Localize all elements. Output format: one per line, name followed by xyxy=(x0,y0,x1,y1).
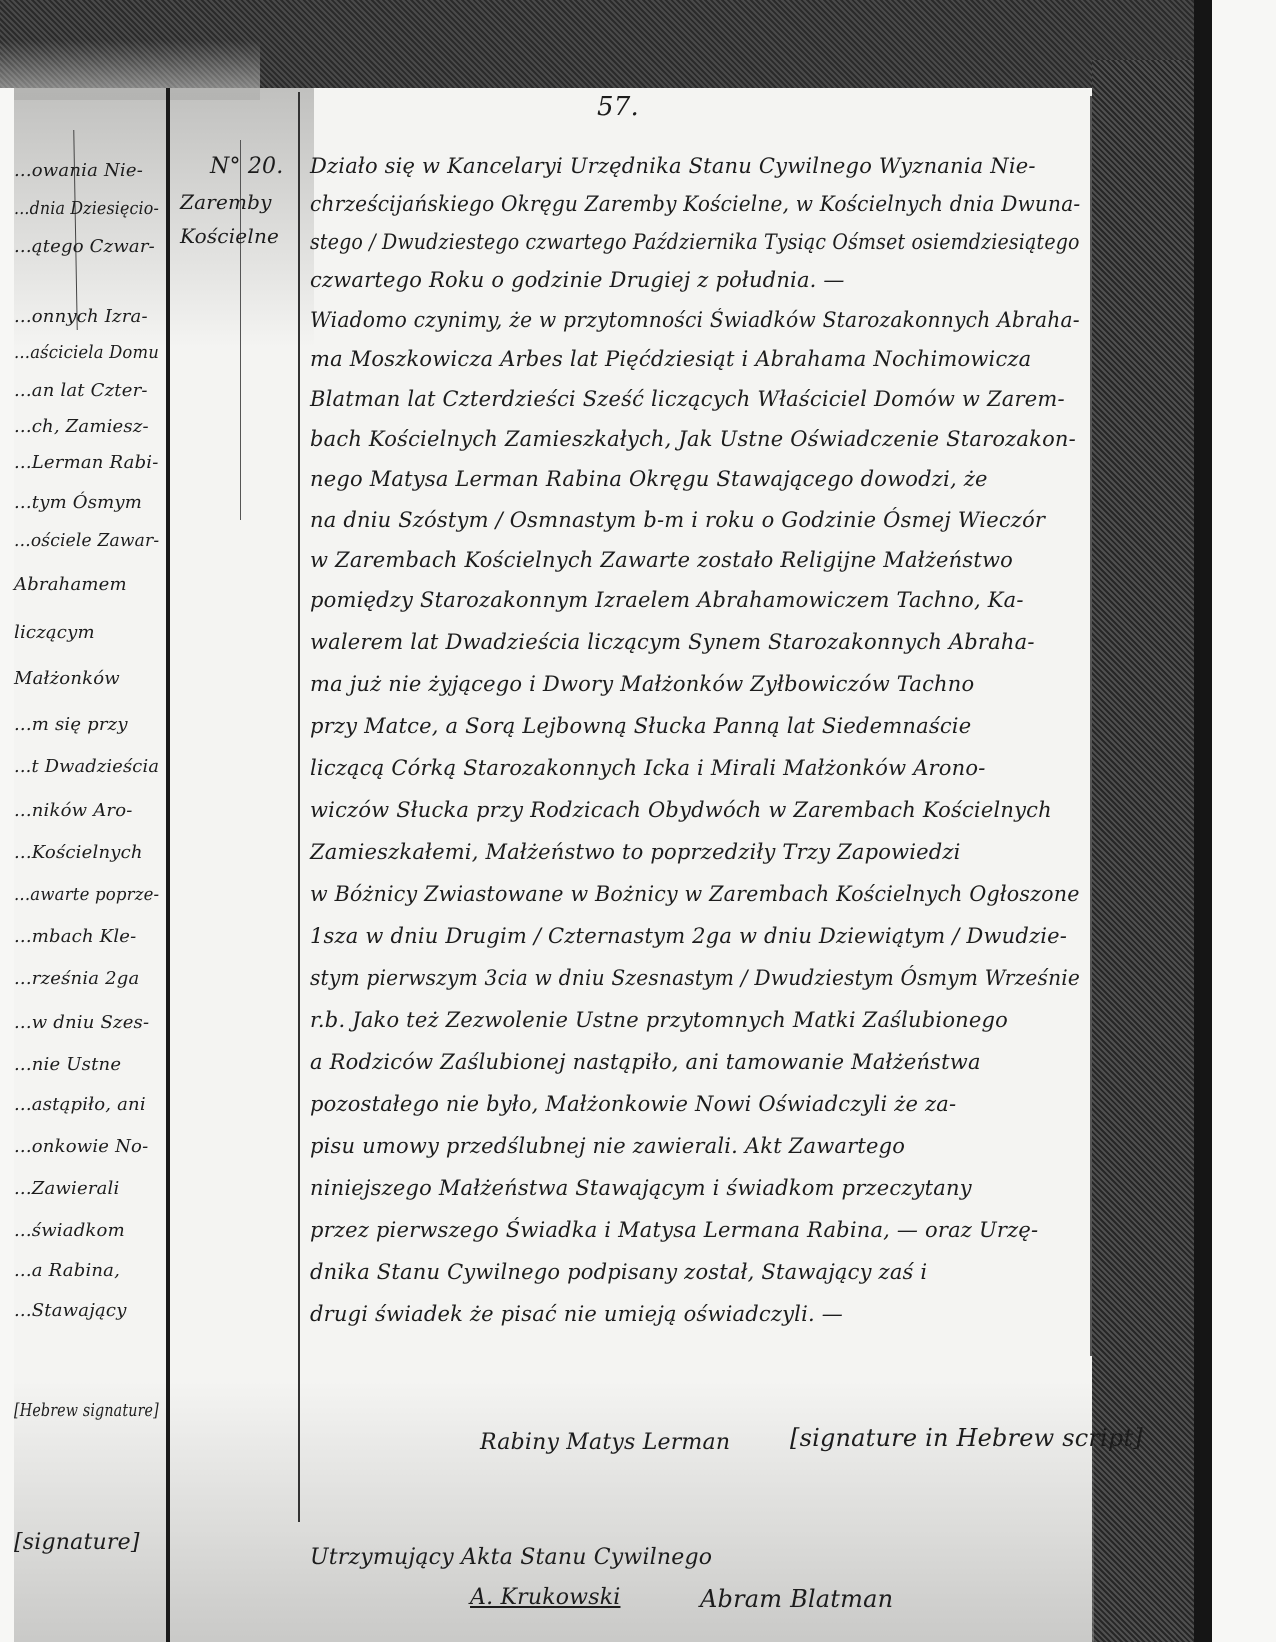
fragment-line: ...ników Aro- xyxy=(14,800,133,821)
body-line: czwartego Roku o godzinie Drugiej z połu… xyxy=(310,268,845,292)
right-edge-rule xyxy=(1090,96,1092,1356)
fragment-line: ...Stawający xyxy=(14,1300,127,1321)
dark-top-frame xyxy=(0,0,1276,88)
scan-margin xyxy=(1212,0,1276,1642)
fragment-line: Małżonków xyxy=(14,668,120,689)
entry-number: N° 20. xyxy=(210,154,283,179)
entry-place: Zaremby xyxy=(180,190,272,214)
margin-rule xyxy=(298,92,300,1522)
body-line: wiczów Słucka przy Rodzicach Obydwóch w … xyxy=(310,798,1052,822)
fragment-line: ...ch, Zamiesz- xyxy=(14,416,149,437)
page-gutter-rule xyxy=(166,88,170,1642)
body-line: Wiadomo czynimy, że w przytomności Świad… xyxy=(310,308,1080,332)
fragment-line: ...owania Nie- xyxy=(14,160,143,181)
body-line: r.b. Jako też Zezwolenie Ustne przytomny… xyxy=(310,1008,1008,1032)
fragment-line: ...awarte poprze- xyxy=(14,884,159,905)
body-line: pozostałego nie było, Małżonkowie Nowi O… xyxy=(310,1092,956,1116)
dark-right-frame xyxy=(1092,60,1212,1642)
fragment-line: ...nie Ustne xyxy=(14,1054,121,1075)
fragment-line: liczącym xyxy=(14,622,95,643)
page-number: 57. xyxy=(597,92,639,122)
body-line: walerem lat Dwadzieścia liczącym Synem S… xyxy=(310,630,1035,654)
scanned-page: 57. N° 20. Zaremby Kościelne Działo się … xyxy=(0,0,1276,1642)
fragment-line: ...dnia Dziesięcio- xyxy=(14,198,159,219)
body-line: niniejszego Małżeństwa Stawającym i świa… xyxy=(310,1176,972,1200)
fragment-line: ...mbach Kle- xyxy=(14,926,136,947)
body-line: pisu umowy przedślubnej nie zawierali. A… xyxy=(310,1134,905,1158)
body-line: drugi świadek że pisać nie umieją oświad… xyxy=(310,1302,843,1326)
fragment-line: ...t Dwadzieścia xyxy=(14,756,159,777)
official-title-line: Utrzymujący Akta Stanu Cywilnego xyxy=(310,1545,712,1570)
body-line: Blatman lat Czterdzieści Sześć liczących… xyxy=(310,387,1065,411)
fragment-line: ...Kościelnych xyxy=(14,842,143,863)
fragment-line: ...w dniu Szes- xyxy=(14,1012,149,1033)
fragment-line: ...ątego Czwar- xyxy=(14,236,155,257)
fragment-line: ...Lerman Rabi- xyxy=(14,452,159,473)
entry-place: Kościelne xyxy=(180,224,279,248)
body-line: przez pierwszego Świadka i Matysa Lerman… xyxy=(310,1218,1038,1242)
body-line: ma Moszkowicza Arbes lat Pięćdziesiąt i … xyxy=(310,347,1031,371)
fragment-line: ...aściciela Domu xyxy=(14,342,159,363)
body-line: w Bóżnicy Zwiastowane w Bożnicy w Zaremb… xyxy=(310,882,1080,906)
fragment-line: ...an lat Czter- xyxy=(14,380,148,401)
body-line: liczącą Córką Starozakonnych Icka i Mira… xyxy=(310,756,986,780)
body-line: stego / Dwudziestego czwartego Październ… xyxy=(310,230,1080,254)
fragment-line: ...świadkom xyxy=(14,1220,125,1241)
body-line: przy Matce, a Sorą Lejbowną Słucka Panną… xyxy=(310,714,971,738)
body-line: pomiędzy Starozakonnym Izraelem Abrahamo… xyxy=(310,588,1024,612)
body-line: a Rodziców Zaślubionej nastąpiło, ani ta… xyxy=(310,1050,981,1074)
body-line: 1sza w dniu Drugim / Czternastym 2ga w d… xyxy=(310,924,1067,948)
fragment-line: ...tym Ósmym xyxy=(14,492,142,513)
body-line: w Zarembach Kościelnych Zawarte zostało … xyxy=(310,548,1013,572)
fragment-line: ...onkowie No- xyxy=(14,1136,148,1157)
hebrew-signature: [signature in Hebrew script] xyxy=(790,1424,1143,1452)
body-line: chrześcijańskiego Okręgu Zaremby Kościel… xyxy=(310,192,1080,216)
fragment-line: ...ościele Zawar- xyxy=(14,530,159,551)
fragment-line: ...m się przy xyxy=(14,714,128,735)
fragment-line: Abrahamem xyxy=(14,574,127,595)
body-line: Działo się w Kancelaryi Urzędnika Stanu … xyxy=(310,154,1036,178)
witness-signature: Abram Blatman xyxy=(700,1585,893,1613)
fragment-line: ...Zawierali xyxy=(14,1178,119,1199)
fragment-line: ...rześnia 2ga xyxy=(14,968,139,989)
body-line: Zamieszkałemi, Małżeństwo to poprzedziły… xyxy=(310,840,961,864)
body-line: na dniu Szóstym / Osmnastym b-m i roku o… xyxy=(310,508,1045,532)
body-line: nego Matysa Lerman Rabina Okręgu Stawają… xyxy=(310,467,988,491)
official-signature: A. Krukowski xyxy=(470,1585,620,1610)
fragment-line: ...astąpiło, ani xyxy=(14,1094,146,1115)
scan-left-edge xyxy=(0,88,14,1642)
fragment-line: ...a Rabina, xyxy=(14,1260,120,1281)
body-line: stym pierwszym 3cia w dniu Szesnastym / … xyxy=(310,966,1080,990)
body-line: bach Kościelnych Zamieszkałych, Jak Ustn… xyxy=(310,427,1076,451)
fragment-line: ...onnych Izra- xyxy=(14,306,148,327)
fragment-line: [Hebrew signature] xyxy=(14,1400,159,1421)
rabbi-signature: Rabiny Matys Lerman xyxy=(480,1430,730,1455)
fragment-line: [signature] xyxy=(14,1530,140,1555)
body-line: ma już nie żyjącego i Dwory Małżonków Zy… xyxy=(310,672,974,696)
body-line: dnika Stanu Cywilnego podpisany został, … xyxy=(310,1260,927,1284)
